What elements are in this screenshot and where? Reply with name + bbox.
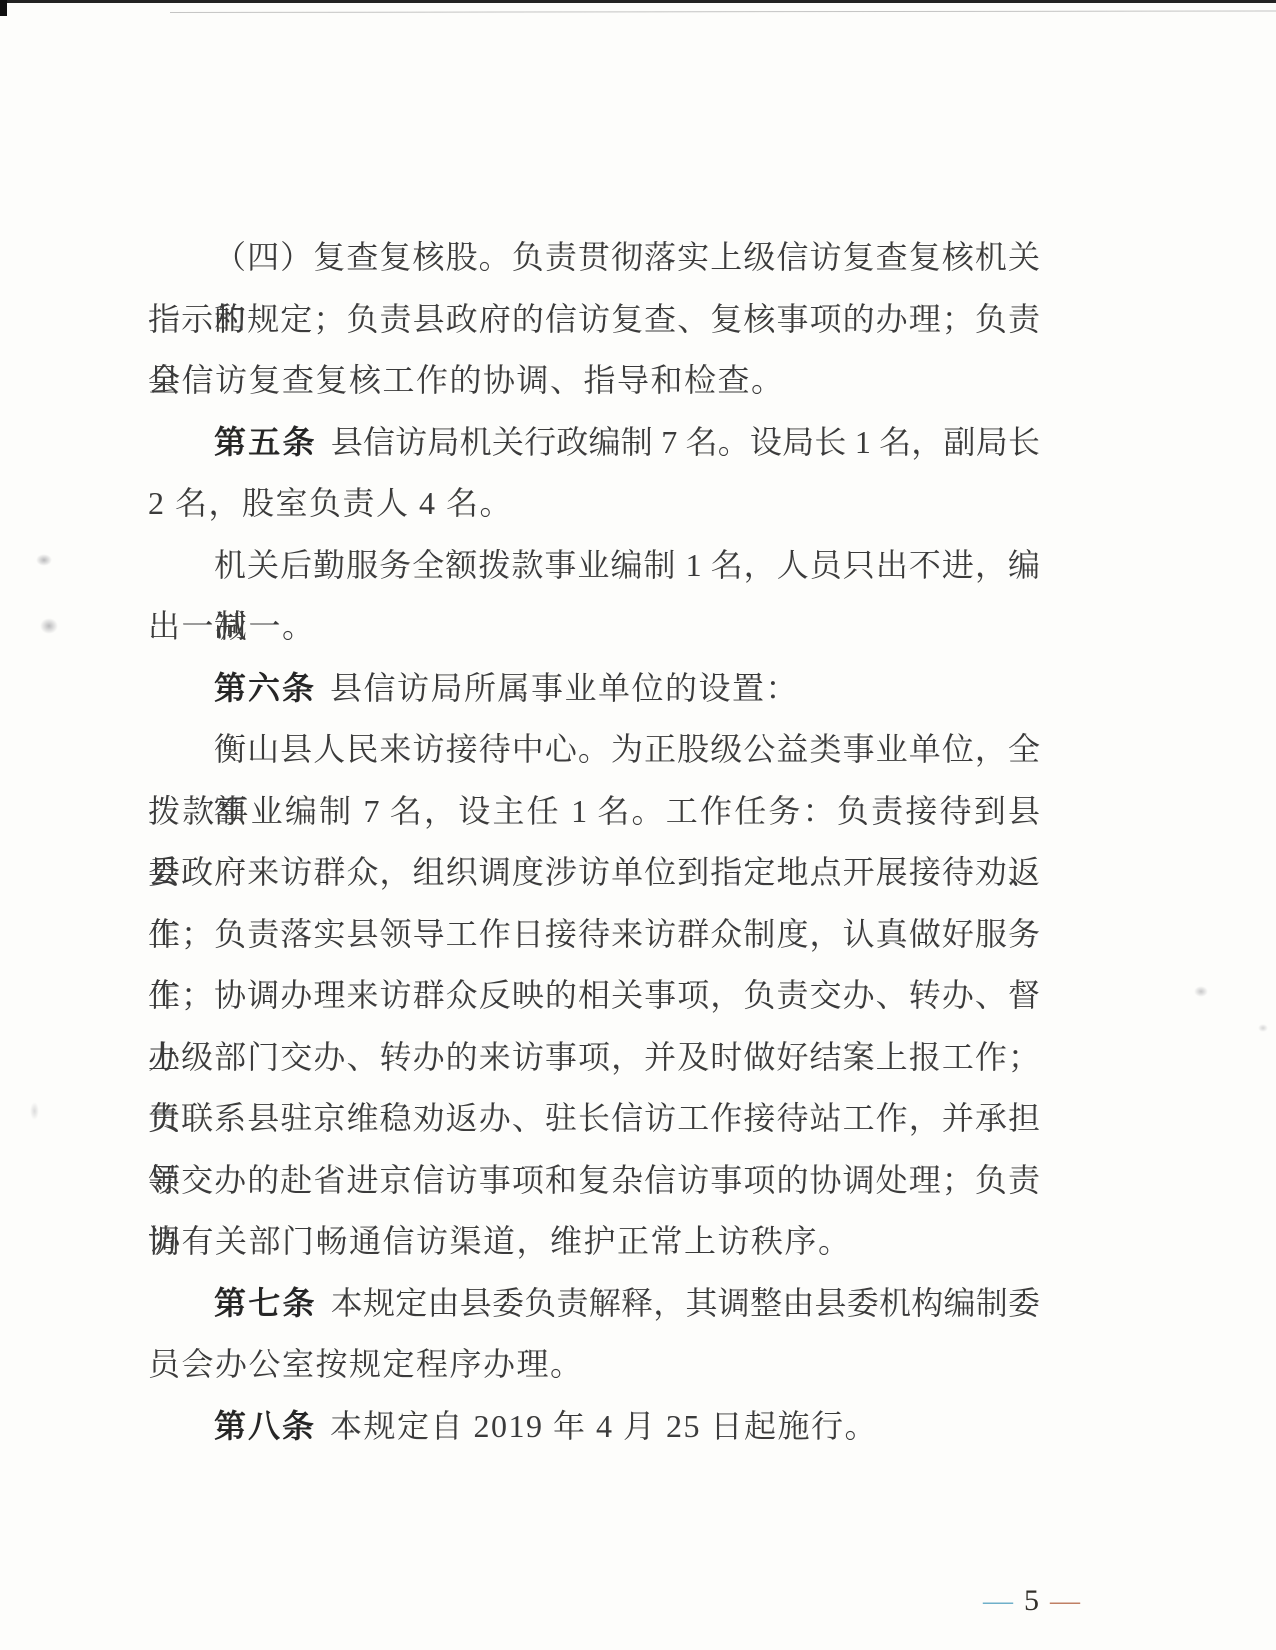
scan-speck	[30, 1102, 39, 1120]
article-headword: 第五条	[214, 424, 317, 460]
text-line: 调有关部门畅通信访渠道，维护正常上访秩序。	[148, 1211, 1040, 1273]
text-line: 导交办的赴省进京信访事项和复杂信访事项的协调处理；负责协	[148, 1150, 1040, 1212]
text-line: 作；负责落实县领导工作日接待来访群众制度，认真做好服务工	[148, 904, 1040, 966]
text-line: 拨款事业编制 7 名，设主任 1 名。工作任务：负责接待到县委、	[148, 781, 1040, 843]
text-segment: 本规定自 2019 年 4 月 25 日起施行。	[330, 1408, 878, 1444]
scan-speck	[36, 554, 52, 566]
scan-speck	[1258, 1024, 1268, 1032]
scan-speck	[1194, 986, 1208, 997]
document-lines: （四）复查复核股。负责贯彻落实上级信访复查复核机关的指示和规定；负责县政府的信访…	[148, 227, 1040, 1457]
text-line: 责联系县驻京维稳劝返办、驻长信访工作接待站工作，并承担领	[148, 1088, 1040, 1150]
text-line: 机关后勤服务全额拨款事业编制 1 名，人员只出不进，编制	[148, 535, 1040, 597]
article-headword: 第八条	[214, 1408, 316, 1444]
text-line: 第八条本规定自 2019 年 4 月 25 日起施行。	[148, 1396, 1040, 1458]
text-line: 2 名，股室负责人 4 名。	[148, 473, 1040, 535]
page-number-dash-right: —	[1050, 1583, 1080, 1619]
text-segment: 县信访局机关行政编制 7 名。设局长 1 名，副局长	[331, 424, 1040, 460]
text-line: 作；协调办理来访群众反映的相关事项，负责交办、转办、督办	[148, 965, 1040, 1027]
article-headword: 第七条	[214, 1285, 317, 1321]
page-number-value: 5	[1022, 1583, 1041, 1619]
text-line: 衡山县人民来访接待中心。为正股级公益类事业单位，全额	[148, 719, 1040, 781]
text-segment: 县信访局所属事业单位的设置：	[330, 670, 799, 706]
text-segment: 2 名，股室负责人 4 名。	[148, 485, 513, 521]
article-headword: 第六条	[214, 670, 316, 706]
scan-corner-mark	[0, 0, 7, 16]
text-segment: 县信访复查复核工作的协调、指导和检查。	[148, 362, 785, 398]
page-number-dash-left: —	[983, 1583, 1013, 1619]
scan-speck	[40, 618, 58, 634]
text-segment: 调有关部门畅通信访渠道，维护正常上访秩序。	[148, 1223, 852, 1259]
text-line: （四）复查复核股。负责贯彻落实上级信访复查复核机关的	[148, 227, 1040, 289]
text-segment: 员会办公室按规定程序办理。	[148, 1346, 584, 1382]
text-line: 第六条县信访局所属事业单位的设置：	[148, 658, 1040, 720]
scanned-document-page: （四）复查复核股。负责贯彻落实上级信访复查复核机关的指示和规定；负责县政府的信访…	[0, 0, 1276, 1650]
text-line: 员会办公室按规定程序办理。	[148, 1334, 1040, 1396]
text-line: 第五条县信访局机关行政编制 7 名。设局长 1 名，副局长	[148, 412, 1040, 474]
text-segment: 本规定由县委负责解释，其调整由县委机构编制委	[331, 1285, 1040, 1321]
text-line: 县信访复查复核工作的协调、指导和检查。	[148, 350, 1040, 412]
text-line: 上级部门交办、转办的来访事项，并及时做好结案上报工作；负	[148, 1027, 1040, 1089]
text-line: 第七条本规定由县委负责解释，其调整由县委机构编制委	[148, 1273, 1040, 1335]
text-segment: 出一减一。	[148, 608, 316, 644]
text-line: 县政府来访群众，组织调度涉访单位到指定地点开展接待劝返工	[148, 842, 1040, 904]
scan-edge-bar	[0, 0, 1276, 3]
text-line: 指示和规定；负责县政府的信访复查、复核事项的办理；负责全	[148, 289, 1040, 351]
page-number: — 5 —	[983, 1583, 1080, 1619]
scan-hairline	[170, 10, 1276, 13]
text-line: 出一减一。	[148, 596, 1040, 658]
